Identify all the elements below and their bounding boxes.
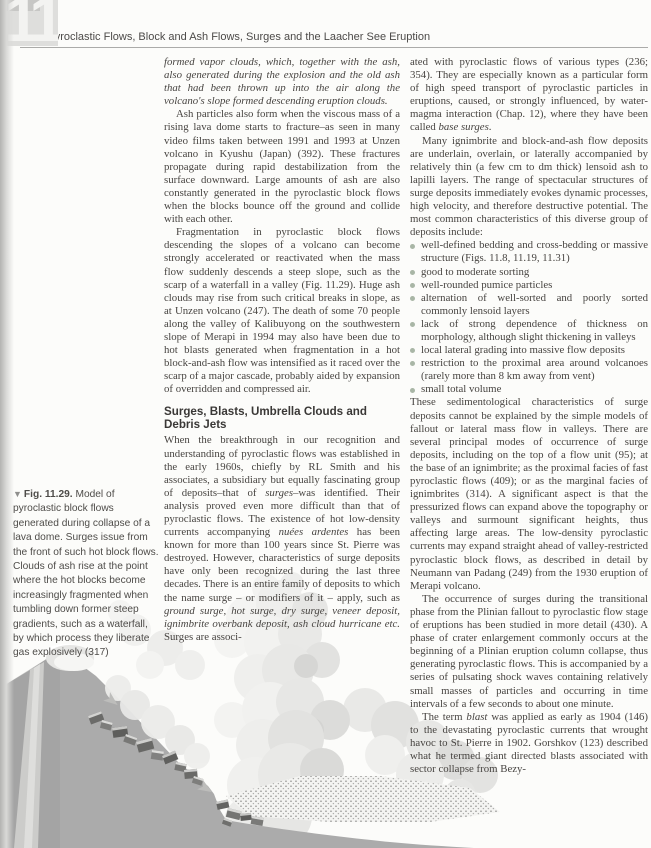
surge-characteristic-text: alternation of well-sorted and poorly so… xyxy=(421,292,648,317)
bullet-dot-icon xyxy=(410,296,415,301)
paragraph-sedimentological: These sedimentological characteristics o… xyxy=(410,396,648,592)
paragraph-blast-term: The term blast was applied as early as 1… xyxy=(410,711,648,776)
book-page: 11 196 Pyroclastic Flows, Block and Ash … xyxy=(0,0,651,848)
paragraph-ash-particles: Ash particles also form when the viscous… xyxy=(164,108,400,226)
surge-characteristic-text: good to moderate sorting xyxy=(421,266,529,278)
surge-characteristic-item: small total volume xyxy=(410,383,648,396)
surge-characteristic-text: restriction to the proximal area around … xyxy=(421,357,648,382)
surge-characteristic-text: well-defined bedding and cross-bedding o… xyxy=(421,239,648,264)
paragraph-associated-flows: ated with pyroclastic flows of various t… xyxy=(410,56,648,135)
paragraph-fragmentation: Fragmentation in pyroclastic block flows… xyxy=(164,226,400,396)
running-title: Pyroclastic Flows, Block and Ash Flows, … xyxy=(47,31,430,43)
bullet-dot-icon xyxy=(410,348,415,353)
surge-characteristic-item: good to moderate sorting xyxy=(410,266,648,279)
bullet-dot-icon xyxy=(410,361,415,366)
chapter-number: 11 xyxy=(4,0,58,46)
figure-caption-text: Fig. 11.29. Model of pyroclastic block f… xyxy=(13,489,159,658)
surge-characteristic-text: small total volume xyxy=(421,383,501,395)
paragraph-ignimbrite-deposits: Many ignimbrite and block-and-ash flow d… xyxy=(410,135,648,240)
surge-characteristic-item: well-rounded pumice particles xyxy=(410,279,648,292)
right-column: ated with pyroclastic flows of various t… xyxy=(410,56,648,776)
bullet-dot-icon xyxy=(410,270,415,275)
bullet-dot-icon xyxy=(410,388,415,393)
chapter-tab: 11 xyxy=(0,0,58,46)
bullet-dot-icon xyxy=(410,283,415,288)
surge-characteristic-text: well-rounded pumice particles xyxy=(421,279,552,291)
surge-characteristic-text: lack of strong dependence of thickness o… xyxy=(421,318,648,343)
surge-characteristic-item: local lateral grading into massive flow … xyxy=(410,344,648,357)
running-header: 196 Pyroclastic Flows, Block and Ash Flo… xyxy=(20,31,640,43)
bullet-dot-icon xyxy=(410,322,415,327)
surge-characteristic-item: lack of strong dependence of thickness o… xyxy=(410,318,648,344)
bullet-dot-icon xyxy=(410,244,415,249)
surge-characteristic-item: restriction to the proximal area around … xyxy=(410,357,648,383)
header-rule xyxy=(20,47,648,48)
surge-characteristic-item: alternation of well-sorted and poorly so… xyxy=(410,292,648,318)
surge-characteristics-list: well-defined bedding and cross-bedding o… xyxy=(410,239,648,396)
paragraph-surges-breakthrough: When the breakthrough in our recognition… xyxy=(164,434,400,644)
surge-characteristic-item: well-defined bedding and cross-bedding o… xyxy=(410,239,648,265)
caption-pointer-icon: ▼ xyxy=(13,489,22,499)
section-heading-surges: Surges, Blasts, Umbrella Clouds and Debr… xyxy=(164,405,400,431)
paragraph-occurrence: The occurrence of surges during the tran… xyxy=(410,593,648,711)
paragraph-vapor-clouds: formed vapor clouds, which, together wit… xyxy=(164,56,400,108)
surge-characteristic-text: local lateral grading into massive flow … xyxy=(421,344,625,356)
left-column: formed vapor clouds, which, together wit… xyxy=(164,56,400,644)
figure-caption: ▼Fig. 11.29. Model of pyroclastic block … xyxy=(13,487,159,661)
